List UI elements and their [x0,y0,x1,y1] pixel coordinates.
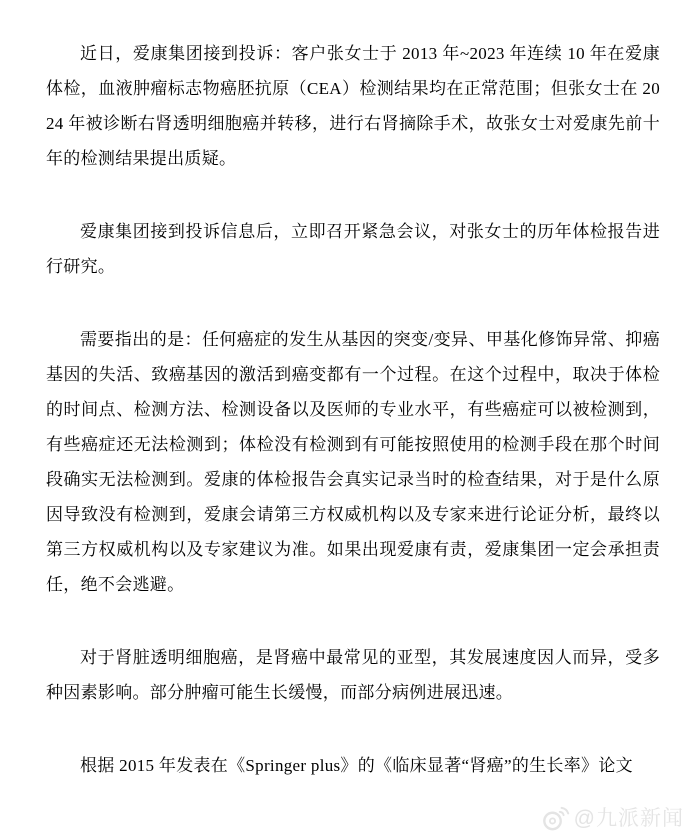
paragraph-emergency-meeting: 爱康集团接到投诉信息后，立即召开紧急会议，对张女士的历年体检报告进行研究。 [46,214,660,284]
paragraph-reference: 根据 2015 年发表在《Springer plus》的《临床显著“肾癌”的生长… [46,748,660,783]
paragraph-cancer-subtype: 对于肾脏透明细胞癌，是肾癌中最常见的亚型，其发展速度因人而异，受多种因素影响。部… [46,640,660,710]
watermark-text: @九派新闻 [574,802,684,832]
watermark: @九派新闻 [540,802,684,832]
statement-document: 近日，爱康集团接到投诉：客户张女士于 2013 年~2023 年连续 10 年在… [0,0,690,783]
document-page: { "colors": { "background": "#ffffff", "… [0,0,690,839]
paragraph-explanation: 需要指出的是：任何癌症的发生从基因的突变/变异、甲基化修饰异常、抑癌基因的失活、… [46,322,660,602]
weibo-icon [540,802,571,832]
paragraph-complaint: 近日，爱康集团接到投诉：客户张女士于 2013 年~2023 年连续 10 年在… [46,36,660,176]
